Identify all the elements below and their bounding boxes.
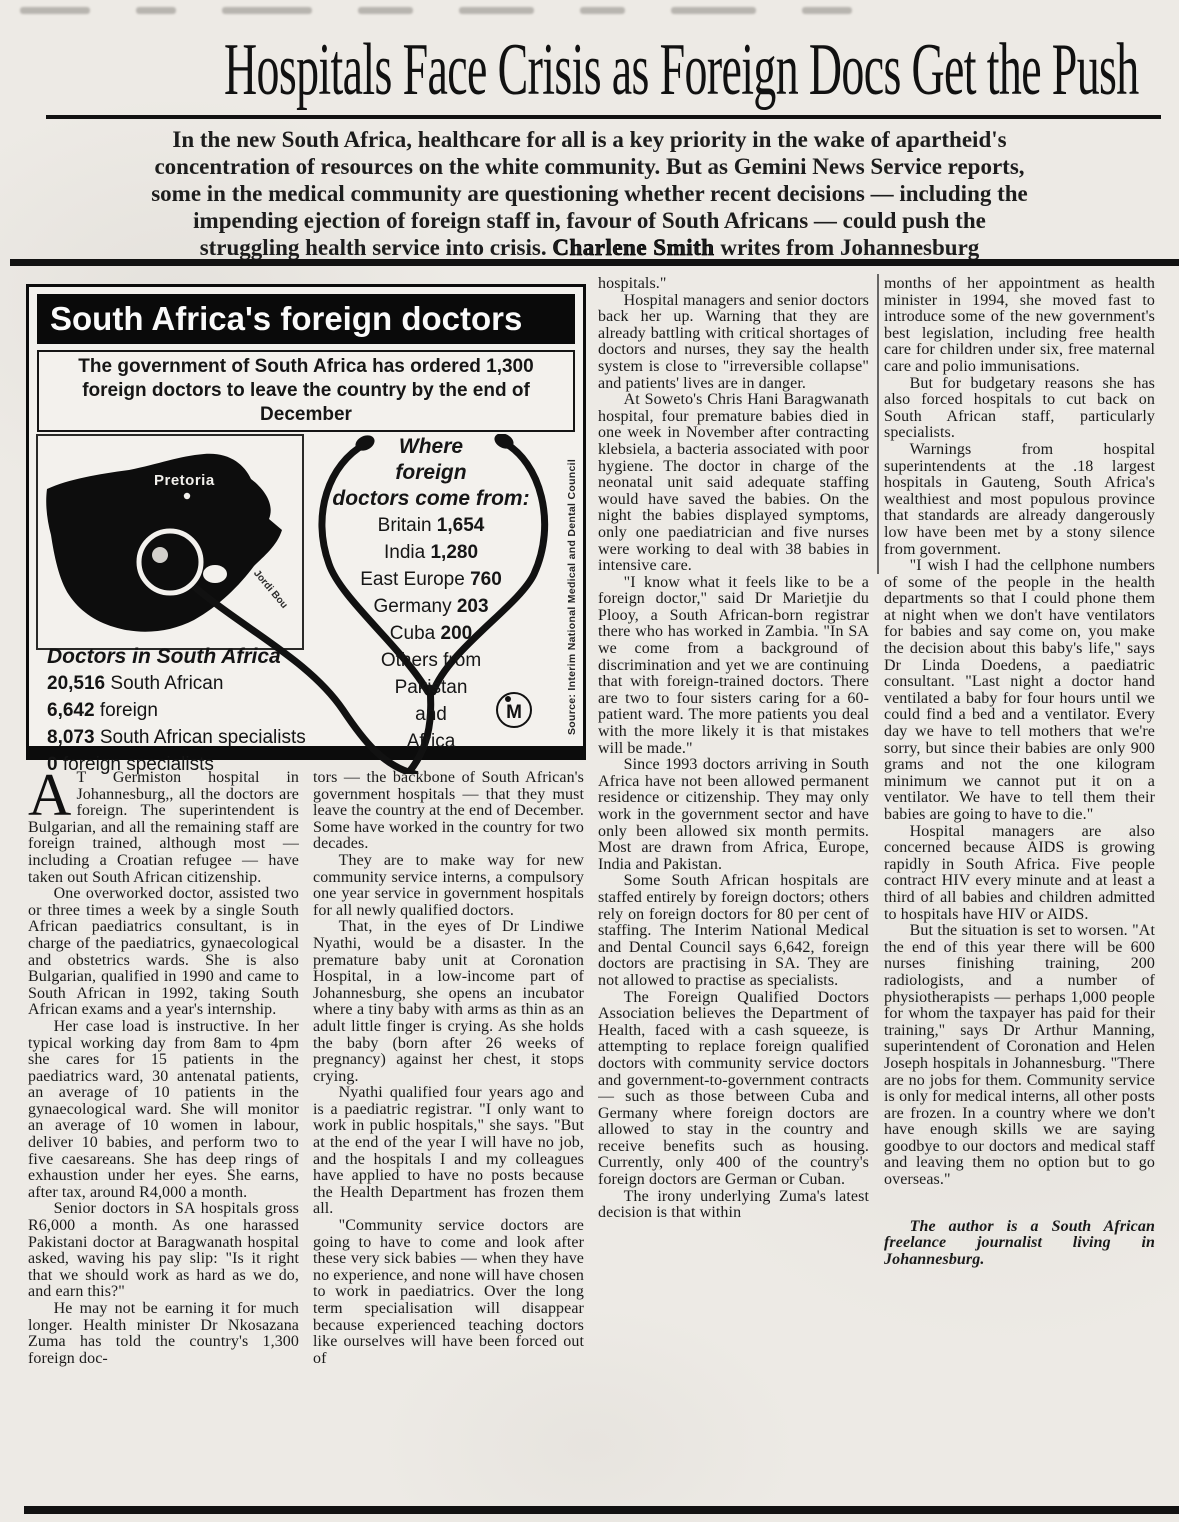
origins-heading-line: Where bbox=[301, 434, 561, 460]
doctor-stats-title: Doctors in South Africa bbox=[47, 644, 306, 670]
paragraph: AT Germiston hospital in Johannesburg,, … bbox=[28, 770, 299, 886]
stat-item: 20,516 South African bbox=[47, 670, 306, 697]
origin-count: 760 bbox=[470, 569, 502, 590]
article-column-1: AT Germiston hospital in Johannesburg,, … bbox=[28, 770, 299, 1506]
origin-country: Britain bbox=[378, 515, 432, 536]
article-column-2: tors — the backbone of South African's g… bbox=[313, 770, 584, 1506]
stethoscope-chestpiece bbox=[139, 531, 201, 593]
paragraph: Since 1993 doctors arriving in South Afr… bbox=[598, 757, 869, 873]
origin-country: Germany bbox=[373, 596, 451, 617]
stat-value: 6,642 bbox=[47, 700, 95, 721]
scan-smudge bbox=[358, 7, 413, 14]
origins-heading-line: doctors come from: bbox=[301, 486, 561, 512]
paragraph: At Soweto's Chris Hani Baragwanath hospi… bbox=[598, 392, 869, 575]
pretoria-dot bbox=[184, 493, 190, 499]
stat-label: South African specialists bbox=[100, 727, 306, 748]
dropcap: A bbox=[28, 770, 76, 817]
paragraph: He may not be earning it for much longer… bbox=[28, 1301, 299, 1367]
lead-paragraph: In the new South Africa, healthcare for … bbox=[40, 126, 1139, 261]
scan-smudge bbox=[580, 7, 625, 14]
bottom-divider bbox=[24, 1506, 1179, 1514]
scan-smudge bbox=[222, 7, 312, 14]
paragraph: But for budgetary reasons she has also f… bbox=[884, 376, 1155, 442]
scan-smudge bbox=[459, 7, 534, 14]
scan-smudge bbox=[671, 7, 756, 14]
origins-others-line: Africa bbox=[301, 728, 561, 755]
lead-text: writes from Johannesburg bbox=[715, 235, 980, 260]
lead-line: some in the medical community are questi… bbox=[40, 180, 1139, 207]
origin-item: Germany 203 bbox=[301, 593, 561, 620]
stat-label: South African bbox=[110, 673, 223, 694]
paragraph: Senior doctors in SA hospitals gross R6,… bbox=[28, 1201, 299, 1301]
article-column-3: hospitals." Hospital managers and senior… bbox=[598, 276, 869, 1502]
origin-count: 1,280 bbox=[430, 542, 478, 563]
stat-item: 8,073 South African specialists bbox=[47, 724, 306, 751]
origins-heading-line: foreign bbox=[301, 460, 561, 486]
origin-item: India 1,280 bbox=[301, 539, 561, 566]
infographic-title: South Africa's foreign doctors bbox=[37, 294, 575, 344]
paragraph: Some South African hospitals are staffed… bbox=[598, 873, 869, 989]
lead-text: struggling health service into crisis. bbox=[200, 235, 553, 260]
lead-line: In the new South Africa, healthcare for … bbox=[40, 126, 1139, 153]
headline-divider bbox=[46, 115, 1161, 119]
paragraph: "Community service doctors are going to … bbox=[313, 1218, 584, 1367]
origin-item: Cuba 200 bbox=[301, 620, 561, 647]
paragraph: months of her appointment as health mini… bbox=[884, 276, 1155, 376]
infographic-subtitle: The government of South Africa has order… bbox=[37, 350, 575, 432]
paragraph: Nyathi qualified four years ago and is a… bbox=[313, 1085, 584, 1218]
article-column-4: months of her appointment as health mini… bbox=[884, 276, 1155, 1502]
paragraph: hospitals." bbox=[598, 276, 869, 293]
origin-count: 203 bbox=[457, 596, 489, 617]
scan-smudge bbox=[20, 7, 90, 14]
paragraph: That, in the eyes of Dr Lindiwe Nyathi, … bbox=[313, 919, 584, 1085]
origin-country: East Europe bbox=[360, 569, 465, 590]
page-title: Hospitals Face Crisis as Foreign Docs Ge… bbox=[224, 28, 955, 113]
origin-country: India bbox=[384, 542, 425, 563]
infographic: South Africa's foreign doctors The gover… bbox=[26, 284, 586, 760]
scan-artifact bbox=[20, 3, 1159, 17]
lead-line-last: struggling health service into crisis. C… bbox=[40, 234, 1139, 261]
paragraph: One overworked doctor, assisted two or t… bbox=[28, 886, 299, 1019]
paragraph: Hospital managers and senior doctors bac… bbox=[598, 293, 869, 393]
origin-item: East Europe 760 bbox=[301, 566, 561, 593]
origin-count: 200 bbox=[441, 623, 473, 644]
lead-divider bbox=[10, 259, 1179, 266]
stat-label: foreign bbox=[100, 700, 158, 721]
lead-line: concentration of resources on the white … bbox=[40, 153, 1139, 180]
logo-letter: M bbox=[506, 703, 522, 722]
paragraph: The irony underlying Zuma's latest decis… bbox=[598, 1189, 869, 1222]
byline: Charlene Smith bbox=[552, 235, 714, 260]
paragraph: tors — the backbone of South African's g… bbox=[313, 770, 584, 853]
lesotho-cutout bbox=[203, 565, 227, 583]
stat-value: 20,516 bbox=[47, 673, 105, 694]
infographic-graphic: Pretoria Jordi Bou Where foreign doctors… bbox=[29, 434, 583, 774]
paragraph: Warnings from hospital superintendents a… bbox=[884, 442, 1155, 558]
paragraph: Her case load is instructive. In her typ… bbox=[28, 1019, 299, 1202]
paragraph: Hospital managers are also concerned bec… bbox=[884, 824, 1155, 924]
chestpiece-highlight bbox=[152, 547, 168, 563]
column-divider bbox=[877, 274, 879, 574]
doctor-stats: Doctors in South Africa 20,516 South Afr… bbox=[47, 644, 306, 778]
author-note: The author is a South African freelance … bbox=[884, 1219, 1155, 1269]
paragraph: They are to make way for new community s… bbox=[313, 853, 584, 919]
scan-smudge bbox=[802, 7, 852, 14]
paragraph: "I know what it feels like to be a forei… bbox=[598, 575, 869, 758]
inmdc-logo: M bbox=[496, 692, 532, 728]
stat-item: 6,642 foreign bbox=[47, 697, 306, 724]
paragraph: The Foreign Qualified Doctors Associatio… bbox=[598, 990, 869, 1189]
origins-others-line: Others from bbox=[301, 647, 561, 674]
lead-line: impending ejection of foreign staff in, … bbox=[40, 207, 1139, 234]
source-credit: Source: Interim National Medical and Den… bbox=[566, 405, 578, 735]
origin-item: Britain 1,654 bbox=[301, 512, 561, 539]
origin-country: Cuba bbox=[390, 623, 435, 644]
paragraph: But the situation is set to worsen. "At … bbox=[884, 923, 1155, 1189]
scan-smudge bbox=[136, 7, 176, 14]
paragraph: "I wish I had the cellphone numbers of s… bbox=[884, 558, 1155, 824]
stat-value: 8,073 bbox=[47, 727, 95, 748]
origin-count: 1,654 bbox=[437, 515, 485, 536]
map-label-pretoria: Pretoria bbox=[154, 472, 215, 489]
